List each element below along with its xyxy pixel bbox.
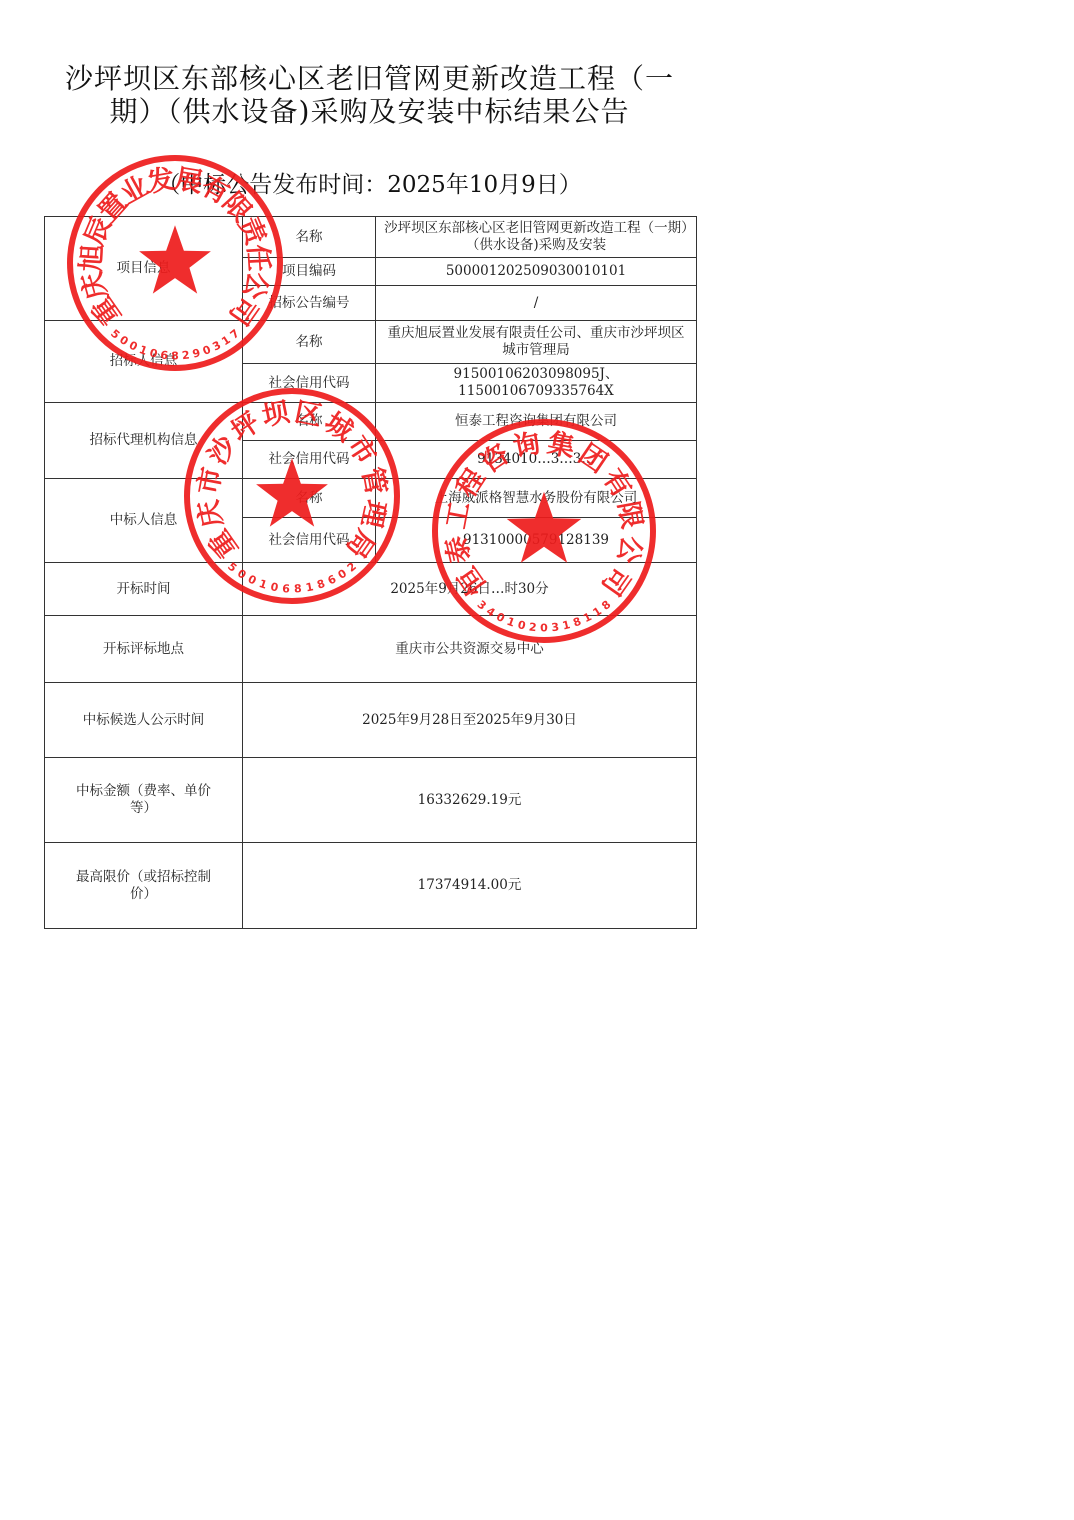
- publicity-value: 2025年9月28日至2025年9月30日: [243, 683, 697, 758]
- agency-name-value: 恒泰工程咨询集团有限公司: [376, 403, 697, 441]
- table-row: 中标候选人公示时间 2025年9月28日至2025年9月30日: [45, 683, 697, 758]
- winner-credit-label: 社会信用代码: [243, 518, 376, 563]
- project-code-label: 项目编码: [243, 258, 376, 286]
- title-line-1: 沙坪坝区东部核心区老旧管网更新改造工程（一: [44, 62, 695, 95]
- result-table: 项目信息 名称 沙坪坝区东部核心区老旧管网更新改造工程（一期）（供水设备)采购及…: [44, 216, 697, 929]
- table-row: 项目信息 名称 沙坪坝区东部核心区老旧管网更新改造工程（一期）（供水设备)采购及…: [45, 217, 697, 258]
- location-value: 重庆市公共资源交易中心: [243, 616, 697, 683]
- winner-credit-value: 91310000579128139: [376, 518, 697, 563]
- open-time-value: 2025年9月26日…时30分: [243, 563, 697, 616]
- table-row: 中标人信息 名称 上海威派格智慧水务股份有限公司: [45, 479, 697, 518]
- open-time-label: 开标时间: [45, 563, 243, 616]
- publish-date-note: （中标公告发布时间：2025年10月9日）: [44, 170, 695, 200]
- project-name-value: 沙坪坝区东部核心区老旧管网更新改造工程（一期）（供水设备)采购及安装: [376, 217, 697, 258]
- project-info-label: 项目信息: [45, 217, 243, 321]
- max-price-value: 17374914.00元: [243, 843, 697, 929]
- bid-amount-label: 中标金额（费率、单价等）: [45, 758, 243, 843]
- tenderer-info-label: 招标人信息: [45, 321, 243, 403]
- tenderer-credit-value: 91500106203098095J、11500106709335764X: [376, 364, 697, 403]
- notice-no-label: 招标公告编号: [243, 286, 376, 321]
- table-row: 招标代理机构信息 名称 恒泰工程咨询集团有限公司: [45, 403, 697, 441]
- table-row: 最高限价（或招标控制价） 17374914.00元: [45, 843, 697, 929]
- agency-credit-label: 社会信用代码: [243, 441, 376, 479]
- agency-name-label: 名称: [243, 403, 376, 441]
- announcement-title: 沙坪坝区东部核心区老旧管网更新改造工程（一 期）（供水设备)采购及安装中标结果公…: [44, 62, 695, 128]
- winner-name-label: 名称: [243, 479, 376, 518]
- project-name-label: 名称: [243, 217, 376, 258]
- title-line-2: 期）（供水设备)采购及安装中标结果公告: [44, 95, 695, 128]
- bid-amount-value: 16332629.19元: [243, 758, 697, 843]
- tenderer-credit-label: 社会信用代码: [243, 364, 376, 403]
- agency-info-label: 招标代理机构信息: [45, 403, 243, 479]
- table-row: 开标评标地点 重庆市公共资源交易中心: [45, 616, 697, 683]
- project-code-value: 500001202509030010101: [376, 258, 697, 286]
- notice-no-value: /: [376, 286, 697, 321]
- table-row: 开标时间 2025年9月26日…时30分: [45, 563, 697, 616]
- max-price-label: 最高限价（或招标控制价）: [45, 843, 243, 929]
- winner-info-label: 中标人信息: [45, 479, 243, 563]
- table-row: 中标金额（费率、单价等） 16332629.19元: [45, 758, 697, 843]
- tenderer-name-value: 重庆旭辰置业发展有限责任公司、重庆市沙坪坝区城市管理局: [376, 321, 697, 364]
- location-label: 开标评标地点: [45, 616, 243, 683]
- tenderer-name-label: 名称: [243, 321, 376, 364]
- agency-credit-value: 9134010…3…3…: [376, 441, 697, 479]
- winner-name-value: 上海威派格智慧水务股份有限公司: [376, 479, 697, 518]
- publicity-label: 中标候选人公示时间: [45, 683, 243, 758]
- table-row: 招标人信息 名称 重庆旭辰置业发展有限责任公司、重庆市沙坪坝区城市管理局: [45, 321, 697, 364]
